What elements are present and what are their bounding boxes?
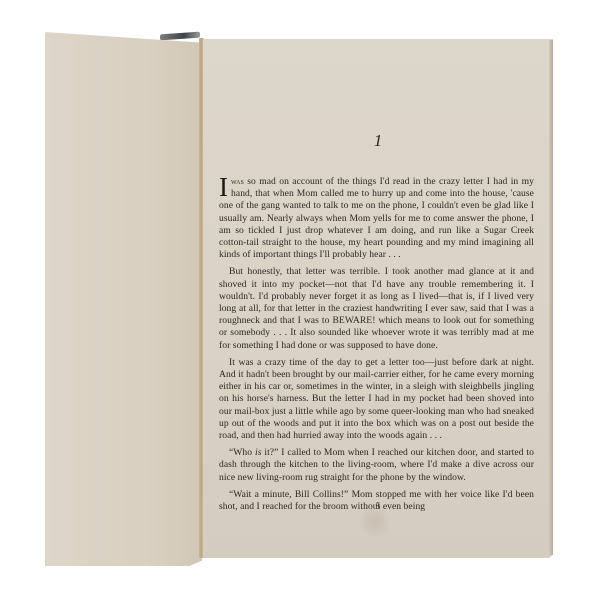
chapter-number: 1: [203, 131, 553, 151]
paragraph-text: so mad on account of the things I'd read…: [219, 176, 534, 260]
drop-cap: I: [219, 176, 228, 198]
right-text-page: 1 Iwas so mad on account of the things I…: [203, 39, 553, 558]
lead-smallcaps: was: [231, 176, 244, 186]
paragraph-text-lead: “Who: [229, 447, 255, 458]
chapter-body-text: Iwas so mad on account of the things I'd…: [219, 175, 534, 518]
paragraph-text: But honestly, that letter was terrible. …: [219, 266, 534, 350]
page-stack-edge: [549, 40, 553, 555]
page-stain: [358, 507, 392, 537]
book-cover-edge: [160, 32, 200, 41]
paragraph-text: It was a crazy time of the day to get a …: [219, 357, 534, 441]
left-blank-page: [45, 32, 202, 566]
paragraph-3: It was a crazy time of the day to get a …: [219, 357, 534, 442]
paragraph-text: it?” I called to Mom when I reached our …: [219, 447, 534, 482]
paragraph-2: But honestly, that letter was terrible. …: [219, 266, 534, 351]
paragraph-1: Iwas so mad on account of the things I'd…: [219, 175, 534, 261]
paragraph-4: “Who is it?” I called to Mom when I reac…: [219, 447, 534, 484]
